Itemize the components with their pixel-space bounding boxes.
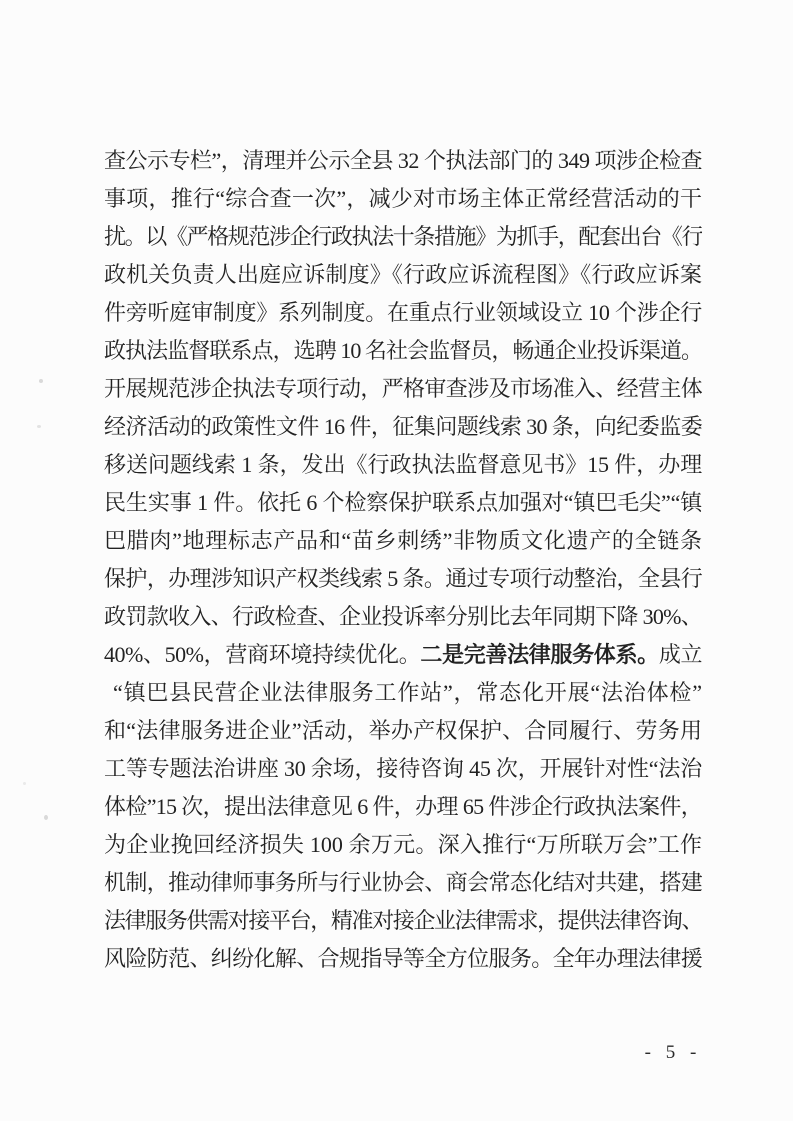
scan-speck — [37, 425, 41, 428]
scan-speck — [39, 379, 43, 383]
text-segment: 为企业挽回经济损失 100 余万元。深入推行“万所联万会”工作 — [104, 832, 702, 857]
text-line: 体检”15 次，提出法律意见 6 件，办理 65 件涉企行政执法案件， — [104, 788, 702, 826]
text-segment: 政罚款收入、行政检查、企业投诉率分别比去年同期下降 30%、 — [104, 604, 702, 629]
text-line: 查公示专栏”，清理并公示全县 32 个执法部门的 349 项涉企检查 — [104, 142, 702, 180]
text-segment: 和“法律服务进企业”活动，举办产权保护、合同履行、劳务用 — [104, 718, 702, 743]
text-line: 机制，推动律师事务所与行业协会、商会常态化结对共建，搭建 — [104, 864, 702, 902]
text-segment: 法律服务供需对接平台，精准对接企业法律需求，提供法律咨询、 — [104, 908, 702, 933]
text-line: 保护，办理涉知识产权类线索 5 条。通过专项行动整治，全县行 — [104, 560, 702, 598]
text-segment: 移送问题线索 1 条，发出《行政执法监督意见书》15 件，办理 — [104, 452, 702, 477]
text-segment: 工等专题法治讲座 30 余场，接待咨询 45 次，开展针对性“法治 — [104, 756, 702, 781]
text-segment: 体检”15 次，提出法律意见 6 件，办理 65 件涉企行政执法案件， — [104, 794, 702, 819]
text-segment: 扰。以《严格规范涉企行政执法十条措施》为抓手，配套出台《行 — [104, 224, 702, 249]
document-page: 查公示专栏”，清理并公示全县 32 个执法部门的 349 项涉企检查事项，推行“… — [0, 0, 793, 1121]
text-segment: 40%、50%，营商环境持续优化。 — [104, 642, 420, 667]
text-segment: 经济活动的政策性文件 16 件，征集问题线索 30 条，向纪委监委 — [104, 414, 702, 439]
text-segment: 民生实事 1 件。依托 6 个检察保护联系点加强对“镇巴毛尖”“镇 — [104, 490, 702, 515]
text-line: 事项，推行“综合查一次”，减少对市场主体正常经营活动的干 — [104, 180, 702, 218]
text-line: 政机关负责人出庭应诉制度》《行政应诉流程图》《行政应诉案 — [104, 256, 702, 294]
text-line: 移送问题线索 1 条，发出《行政执法监督意见书》15 件，办理 — [104, 446, 702, 484]
bold-text-segment: 二是完善法律服务体系。 — [420, 642, 658, 667]
text-segment: “镇巴县民营企业法律服务工作站”，常态化开展“法治体检” — [113, 680, 702, 705]
text-line: 40%、50%，营商环境持续优化。二是完善法律服务体系。成立 — [104, 636, 702, 674]
text-line: 风险防范、纠纷化解、合规指导等全方位服务。全年办理法律援 — [104, 940, 702, 978]
text-segment: 开展规范涉企执法专项行动，严格审查涉及市场准入、经营主体 — [104, 376, 702, 401]
text-segment: 风险防范、纠纷化解、合规指导等全方位服务。全年办理法律援 — [104, 946, 702, 971]
text-segment: 保护，办理涉知识产权类线索 5 条。通过专项行动整治，全县行 — [104, 566, 702, 591]
text-segment: 政机关负责人出庭应诉制度》《行政应诉流程图》《行政应诉案 — [104, 262, 702, 287]
text-segment: 事项，推行“综合查一次”，减少对市场主体正常经营活动的干 — [104, 186, 702, 211]
text-line: 扰。以《严格规范涉企行政执法十条措施》为抓手，配套出台《行 — [104, 218, 702, 256]
text-segment: 查公示专栏”，清理并公示全县 32 个执法部门的 349 项涉企检查 — [104, 148, 702, 173]
text-segment: 机制，推动律师事务所与行业协会、商会常态化结对共建，搭建 — [104, 870, 702, 895]
text-line: 法律服务供需对接平台，精准对接企业法律需求，提供法律咨询、 — [104, 902, 702, 940]
text-line: 件旁听庭审制度》系列制度。在重点行业领域设立 10 个涉企行 — [104, 294, 702, 332]
scan-speck — [23, 782, 26, 785]
text-segment: 巴腊肉”地理标志产品和“苗乡刺绣”非物质文化遗产的全链条 — [104, 528, 702, 553]
text-line: 和“法律服务进企业”活动，举办产权保护、合同履行、劳务用 — [104, 712, 702, 750]
text-segment: 件旁听庭审制度》系列制度。在重点行业领域设立 10 个涉企行 — [104, 300, 702, 325]
page-number: - 5 - — [628, 1040, 718, 1066]
text-segment: 政执法监督联系点，选聘 10 名社会监督员，畅通企业投诉渠道。 — [104, 338, 702, 363]
text-line: “镇巴县民营企业法律服务工作站”，常态化开展“法治体检” — [104, 674, 702, 712]
document-body-text: 查公示专栏”，清理并公示全县 32 个执法部门的 349 项涉企检查事项，推行“… — [104, 142, 702, 978]
text-line: 民生实事 1 件。依托 6 个检察保护联系点加强对“镇巴毛尖”“镇 — [104, 484, 702, 522]
text-line: 工等专题法治讲座 30 余场，接待咨询 45 次，开展针对性“法治 — [104, 750, 702, 788]
text-line: 巴腊肉”地理标志产品和“苗乡刺绣”非物质文化遗产的全链条 — [104, 522, 702, 560]
text-line: 政罚款收入、行政检查、企业投诉率分别比去年同期下降 30%、 — [104, 598, 702, 636]
scan-speck — [44, 815, 48, 820]
text-line: 经济活动的政策性文件 16 件，征集问题线索 30 条，向纪委监委 — [104, 408, 702, 446]
text-segment: 成立 — [659, 642, 702, 667]
text-line: 开展规范涉企执法专项行动，严格审查涉及市场准入、经营主体 — [104, 370, 702, 408]
text-line: 为企业挽回经济损失 100 余万元。深入推行“万所联万会”工作 — [104, 826, 702, 864]
text-line: 政执法监督联系点，选聘 10 名社会监督员，畅通企业投诉渠道。 — [104, 332, 702, 370]
